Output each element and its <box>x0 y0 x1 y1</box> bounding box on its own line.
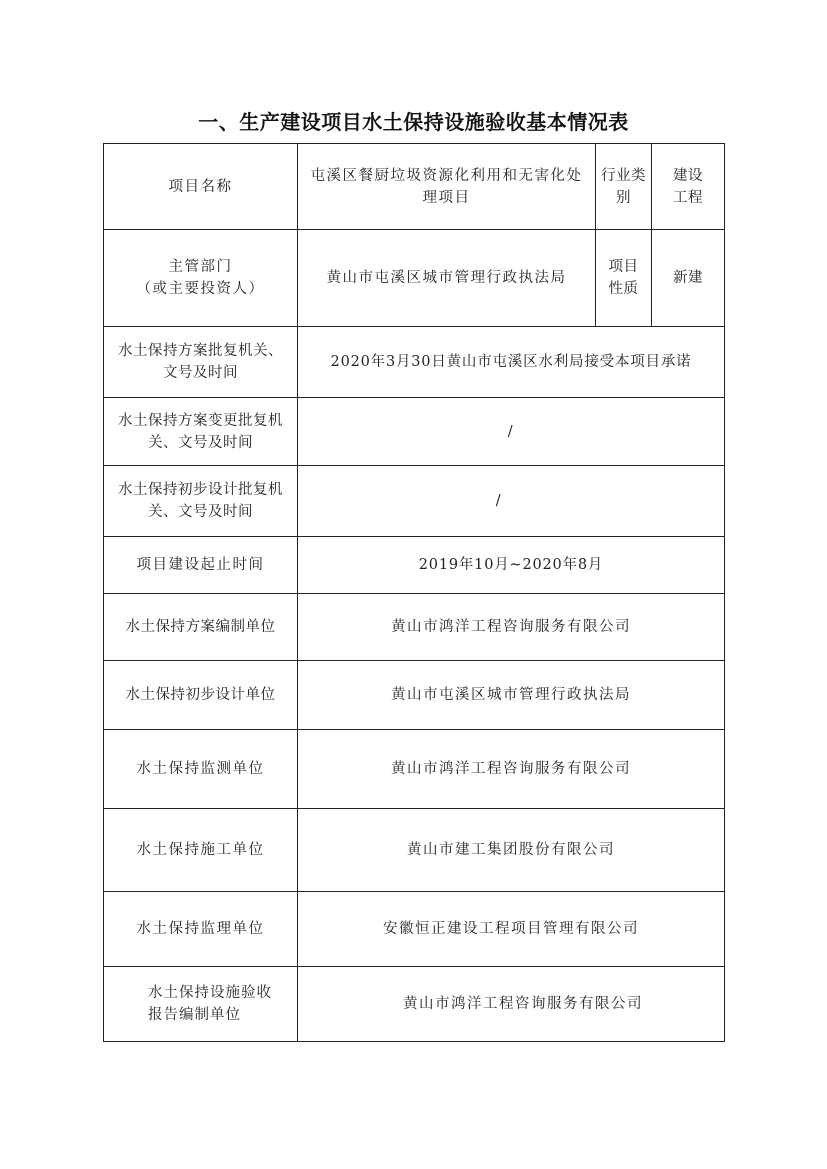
value-prelim-designer: 黄山市屯溪区城市管理行政执法局 <box>298 661 725 730</box>
value-construction-period: 2019年10月~2020年8月 <box>298 537 725 594</box>
acceptance-info-table: 项目名称 屯溪区餐厨垃圾资源化利用和无害化处理项目 行业类别 建设工程 主管部门… <box>103 143 725 1042</box>
table-row-prelim-designer: 水土保持初步设计单位 黄山市屯溪区城市管理行政执法局 <box>104 661 725 730</box>
label-project-nature: 项目性质 <box>596 230 652 327</box>
table-row-project-name: 项目名称 屯溪区餐厨垃圾资源化利用和无害化处理项目 行业类别 建设工程 <box>104 144 725 230</box>
value-project-nature: 新建 <box>652 230 725 327</box>
value-industry-category: 建设工程 <box>652 144 725 230</box>
label-plan-compiler: 水土保持方案编制单位 <box>104 594 298 661</box>
value-plan-change-approval: / <box>298 398 725 466</box>
table-row-monitor: 水土保持监测单位 黄山市鸿洋工程咨询服务有限公司 <box>104 730 725 809</box>
label-project-name: 项目名称 <box>104 144 298 230</box>
label-prelim-design-approval: 水土保持初步设计批复机关、文号及时间 <box>104 466 298 537</box>
table-row-plan-compiler: 水土保持方案编制单位 黄山市鸿洋工程咨询服务有限公司 <box>104 594 725 661</box>
table-row-plan-approval: 水土保持方案批复机关、文号及时间 2020年3月30日黄山市屯溪区水利局接受本项… <box>104 327 725 398</box>
table-row-plan-change-approval: 水土保持方案变更批复机关、文号及时间 / <box>104 398 725 466</box>
label-monitor: 水土保持监测单位 <box>104 730 298 809</box>
value-contractor: 黄山市建工集团股份有限公司 <box>298 809 725 892</box>
label-authority-line1: 主管部门 <box>110 256 291 278</box>
value-monitor: 黄山市鸿洋工程咨询服务有限公司 <box>298 730 725 809</box>
value-plan-approval: 2020年3月30日黄山市屯溪区水利局接受本项目承诺 <box>298 327 725 398</box>
label-supervisor: 水土保持监理单位 <box>104 892 298 967</box>
table-row-authority: 主管部门 （或主要投资人） 黄山市屯溪区城市管理行政执法局 项目性质 新建 <box>104 230 725 327</box>
label-prelim-designer: 水土保持初步设计单位 <box>104 661 298 730</box>
table-row-contractor: 水土保持施工单位 黄山市建工集团股份有限公司 <box>104 809 725 892</box>
label-industry-category: 行业类别 <box>596 144 652 230</box>
value-plan-compiler: 黄山市鸿洋工程咨询服务有限公司 <box>298 594 725 661</box>
label-authority: 主管部门 （或主要投资人） <box>104 230 298 327</box>
value-prelim-design-approval: / <box>298 466 725 537</box>
label-plan-approval: 水土保持方案批复机关、文号及时间 <box>104 327 298 398</box>
table-row-construction-period: 项目建设起止时间 2019年10月~2020年8月 <box>104 537 725 594</box>
page-title: 一、生产建设项目水土保持设施验收基本情况表 <box>0 106 827 135</box>
label-report-compiler: 水土保持设施验收报告编制单位 <box>104 967 298 1042</box>
value-authority: 黄山市屯溪区城市管理行政执法局 <box>298 230 596 327</box>
label-contractor: 水土保持施工单位 <box>104 809 298 892</box>
value-project-name: 屯溪区餐厨垃圾资源化利用和无害化处理项目 <box>298 144 596 230</box>
table-row-report-compiler: 水土保持设施验收报告编制单位 黄山市鸿洋工程咨询服务有限公司 <box>104 967 725 1042</box>
value-supervisor: 安徽恒正建设工程项目管理有限公司 <box>298 892 725 967</box>
value-report-compiler: 黄山市鸿洋工程咨询服务有限公司 <box>298 967 725 1042</box>
table-row-prelim-design-approval: 水土保持初步设计批复机关、文号及时间 / <box>104 466 725 537</box>
label-plan-change-approval: 水土保持方案变更批复机关、文号及时间 <box>104 398 298 466</box>
label-authority-line2: （或主要投资人） <box>110 278 291 300</box>
table-row-supervisor: 水土保持监理单位 安徽恒正建设工程项目管理有限公司 <box>104 892 725 967</box>
label-construction-period: 项目建设起止时间 <box>104 537 298 594</box>
